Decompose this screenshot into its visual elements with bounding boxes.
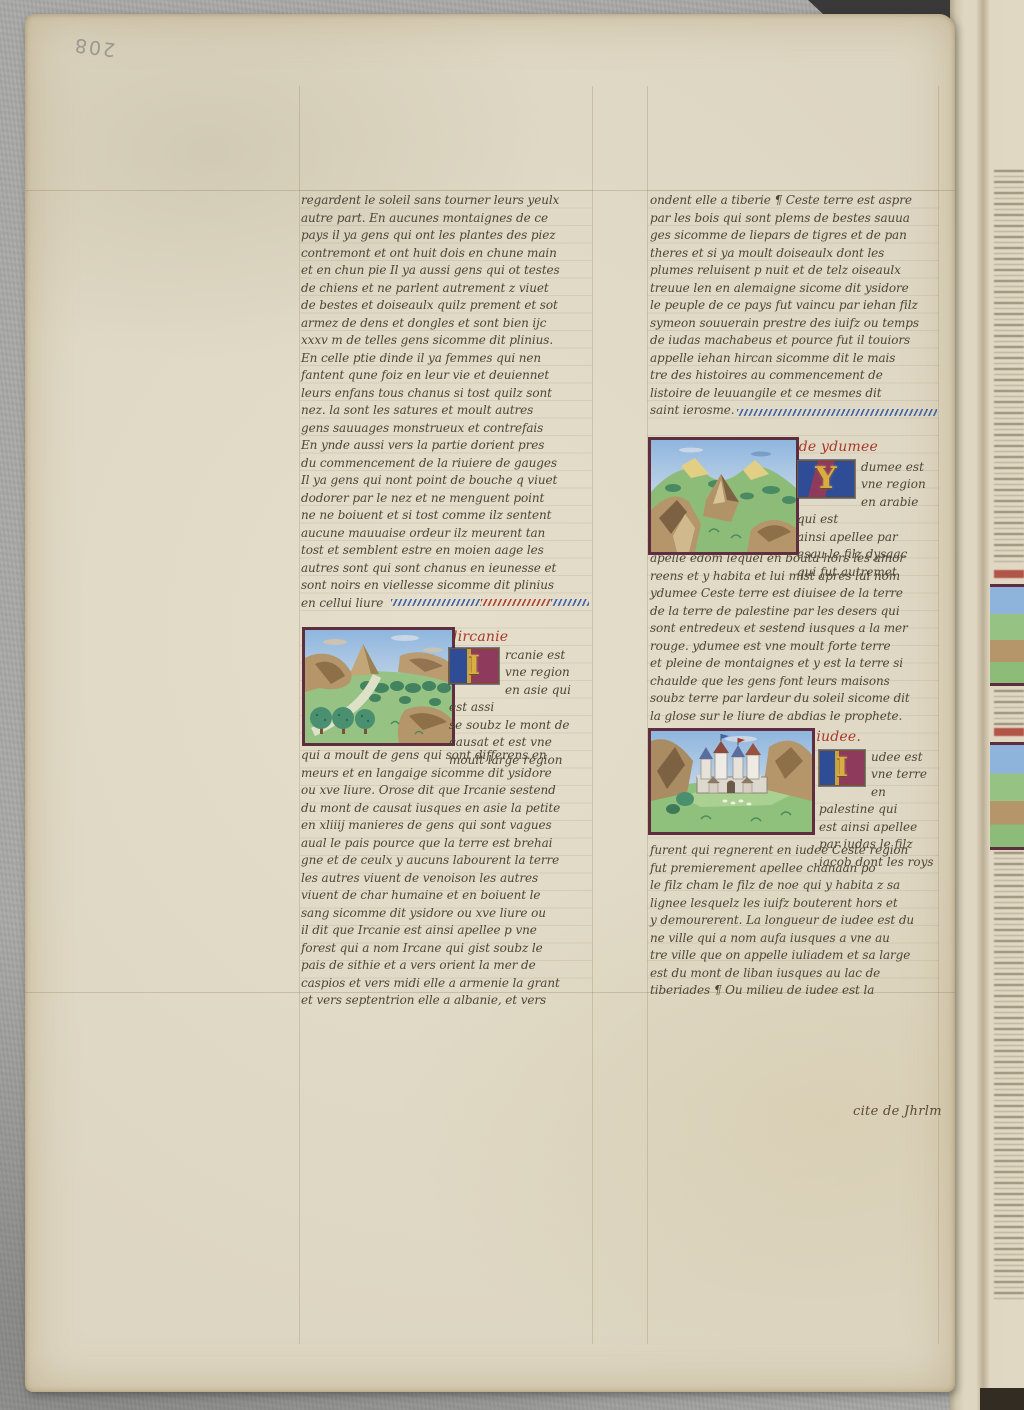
illuminated-initial-y: Y: [797, 460, 855, 498]
miniature-ircanie: [302, 627, 455, 746]
manuscript-page: 208 regardent le soleil sans tourner leu…: [25, 14, 955, 1392]
right-column-text-block-2: apelle edom lequel en bouta hors les amo…: [650, 550, 942, 725]
folio-number: 208: [72, 34, 117, 61]
illuminated-initial-i: I: [449, 648, 499, 684]
binding-shadow: [980, 1388, 1024, 1410]
line-filler: [391, 599, 591, 607]
miniature-ydumee-illustration: [651, 440, 796, 552]
left-column-text-block-1: regardent le soleil sans tourner leurs y…: [301, 192, 593, 612]
right-column-text-block-1: ondent elle a tiberie ¶ Ceste terre est …: [650, 192, 942, 420]
next-folio-edge: [950, 0, 1024, 1410]
left-column-text-block-2: qui a moult de gens qui sont differens e…: [301, 747, 593, 1010]
illuminated-initial-i: I: [819, 750, 865, 786]
miniature-ydumee: [648, 437, 799, 555]
next-folio-text-edge: [994, 690, 1024, 726]
miniature-ircanie-illustration: [305, 630, 452, 743]
next-folio-rubric-fragment: [994, 570, 1024, 578]
miniature-iudee: [648, 728, 815, 835]
line-filler: [737, 409, 937, 417]
page-fold-shadow: [976, 0, 990, 1410]
marginal-note: cite de Jhrlm: [853, 1104, 942, 1119]
next-folio-rubric-fragment: [994, 728, 1024, 736]
photograph-of-manuscript-folio: { "manuscript": { "folio_number": "208",…: [0, 0, 1024, 1410]
next-folio-text-edge: [994, 170, 1024, 565]
next-folio-miniature-fragment: [990, 742, 1024, 850]
next-folio-miniature-fragment: [990, 584, 1024, 686]
miniature-iudee-illustration: [651, 731, 812, 832]
next-folio-text-edge: [994, 852, 1024, 1302]
right-column-text-block-3: furent qui regnerent en iudee Ceste regi…: [650, 842, 942, 1000]
